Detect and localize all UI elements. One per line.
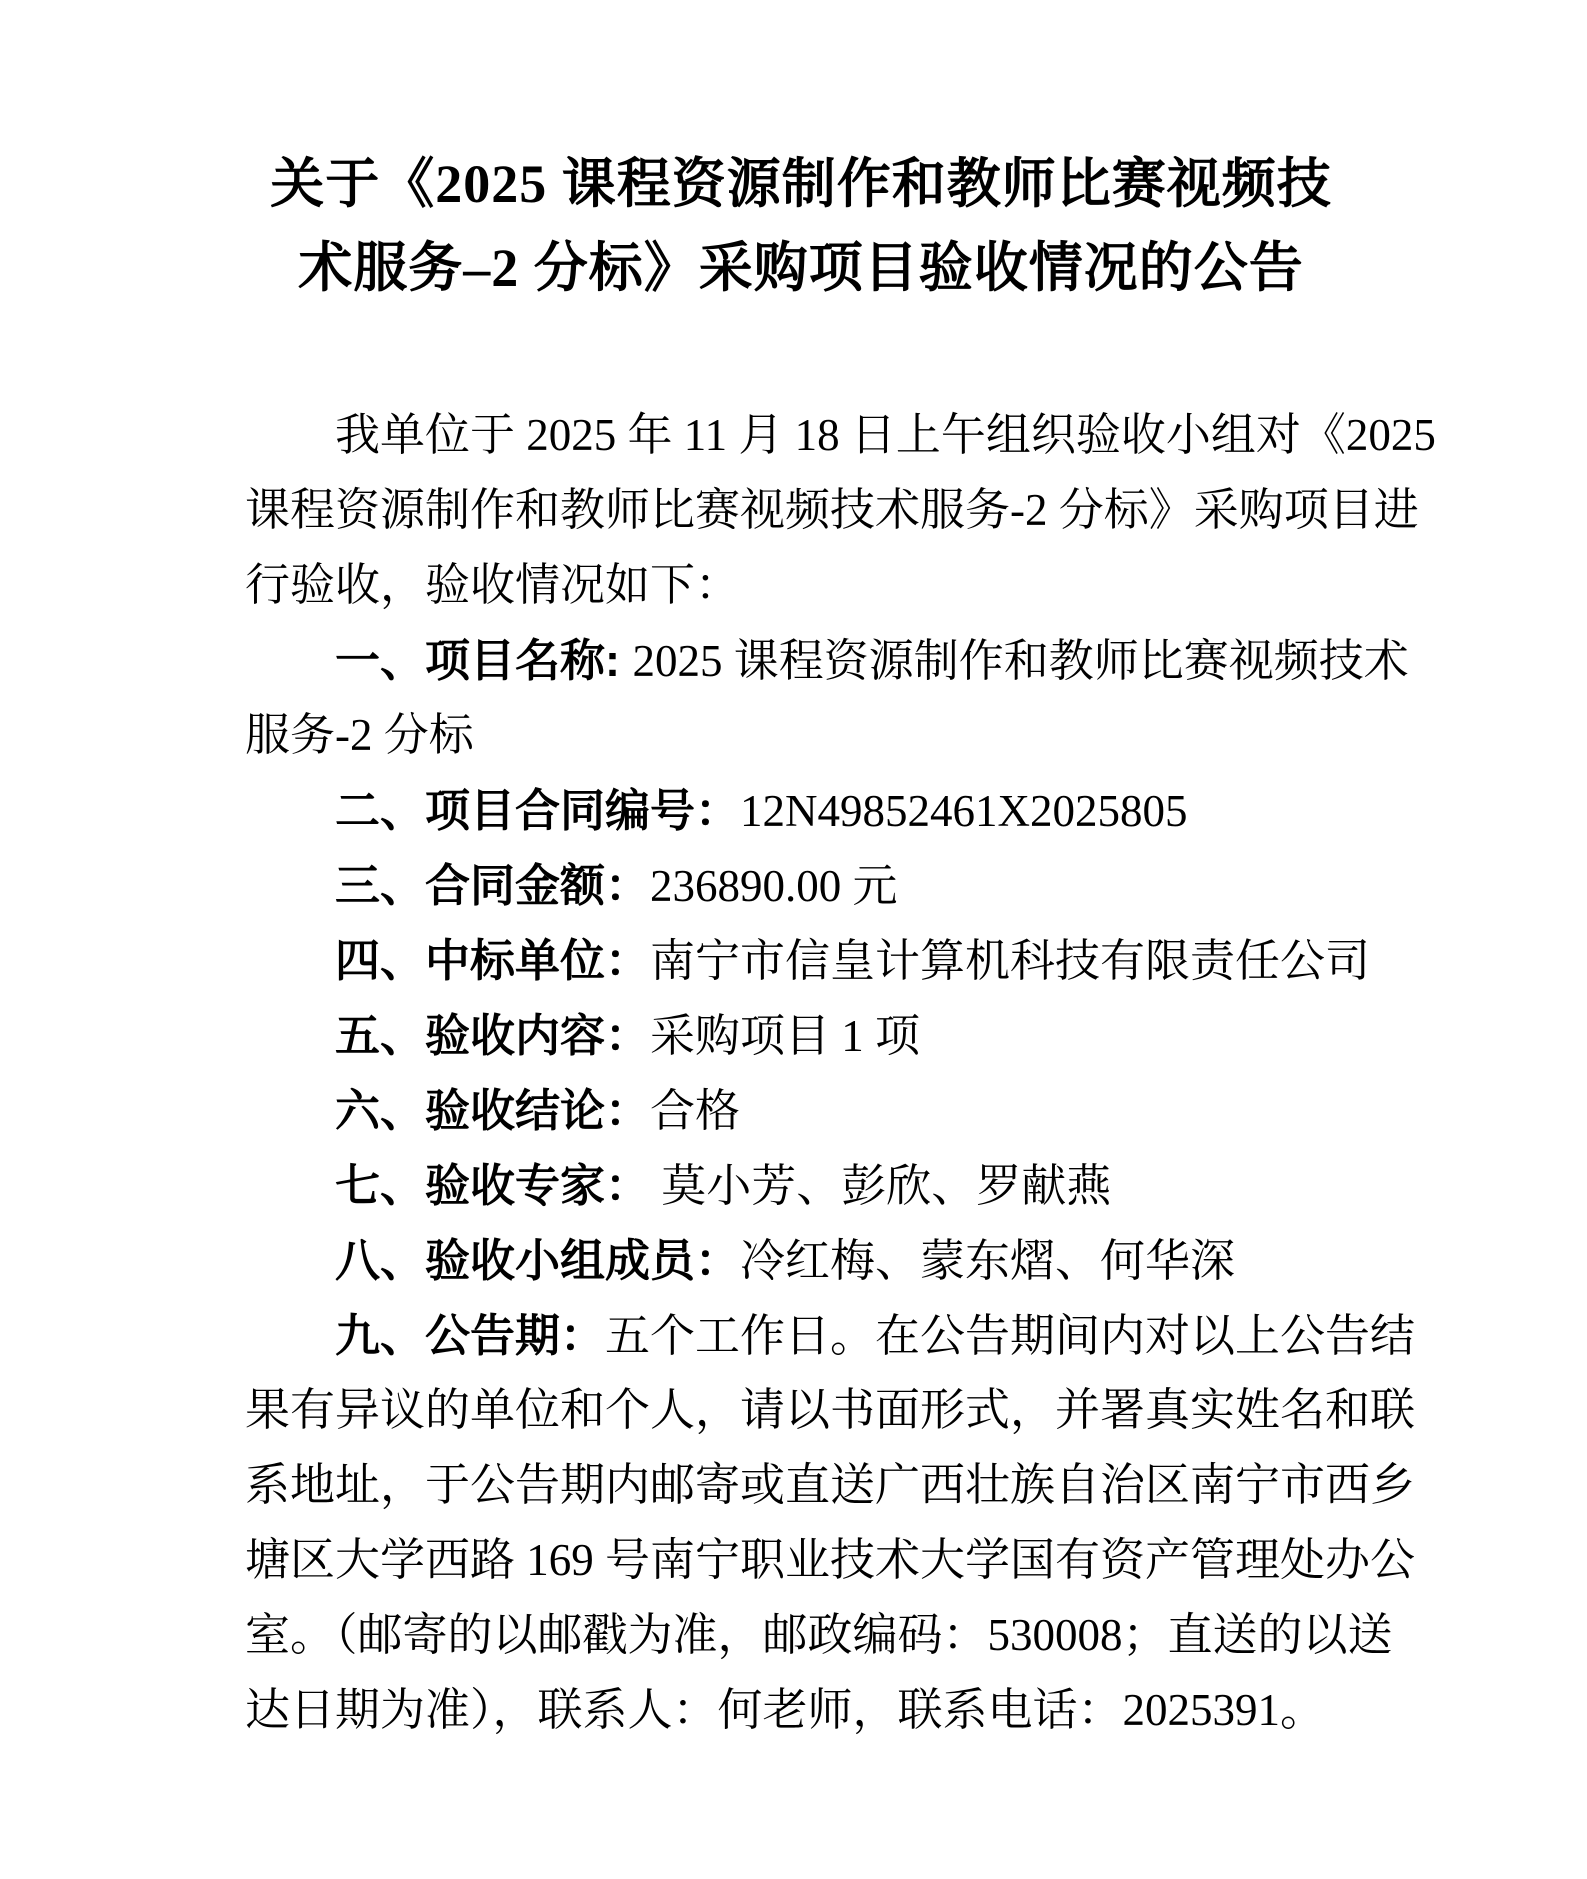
title-line: 术服务–2 分标》采购项目验收情况的公告 (245, 226, 1357, 310)
field-label: 六、验收结论： (335, 1085, 650, 1136)
text-segment: 达日期为准），联系人：何老师，联系电话：2025391。 (245, 1685, 1325, 1735)
body-line: 三、合同金额：236890.00 元 (245, 848, 1357, 923)
text-segment: 12N49852461X2025805 (740, 786, 1188, 836)
field-label: 八、验收小组成员： (335, 1235, 740, 1286)
body-line: 一、项目名称: 2025 课程资源制作和教师比赛视频技术 (245, 623, 1357, 698)
body-line: 果有异议的单位和个人，请以书面形式，并署真实姓名和联 (245, 1373, 1357, 1448)
text-segment: 课程资源制作和教师比赛视频技术服务-2 分标》采购项目进 (245, 485, 1419, 535)
field-label: 四、中标单位： (335, 935, 650, 986)
text-segment: 南宁市信皇计算机科技有限责任公司 (650, 936, 1370, 986)
text-segment: 室。（邮寄的以邮戳为准，邮政编码：530008；直送的以送 (245, 1610, 1393, 1660)
body-line: 七、验收专家： 莫小芳、彭欣、罗献燕 (245, 1148, 1357, 1223)
field-label: 七、验收专家： (335, 1160, 650, 1211)
document-body: 我单位于 2025 年 11 月 18 日上午组织验收小组对《2025课程资源制… (245, 398, 1357, 1748)
body-line: 八、验收小组成员：冷红梅、蒙东熠、何华深 (245, 1223, 1357, 1298)
body-line: 二、项目合同编号：12N49852461X2025805 (245, 773, 1357, 848)
document-title: 关于《2025 课程资源制作和教师比赛视频技术服务–2 分标》采购项目验收情况的… (245, 0, 1357, 310)
field-label: 九、公告期： (335, 1310, 605, 1361)
text-segment: 2025 课程资源制作和教师比赛视频技术 (633, 636, 1409, 686)
text-segment: 系地址，于公告期内邮寄或直送广西壮族自治区南宁市西乡 (245, 1460, 1415, 1510)
body-line: 五、验收内容：采购项目 1 项 (245, 998, 1357, 1073)
text-segment: 冷红梅、蒙东熠、何华深 (740, 1236, 1235, 1286)
body-line: 课程资源制作和教师比赛视频技术服务-2 分标》采购项目进 (245, 473, 1357, 548)
text-segment: 采购项目 1 项 (650, 1011, 920, 1061)
text-segment: 合格 (650, 1086, 740, 1136)
text-segment: 236890.00 元 (650, 861, 898, 911)
body-line: 六、验收结论：合格 (245, 1073, 1357, 1148)
body-line: 塘区大学西路 169 号南宁职业技术大学国有资产管理处办公 (245, 1523, 1357, 1598)
body-line: 四、中标单位：南宁市信皇计算机科技有限责任公司 (245, 923, 1357, 998)
body-line: 我单位于 2025 年 11 月 18 日上午组织验收小组对《2025 (245, 398, 1357, 473)
text-segment: 果有异议的单位和个人，请以书面形式，并署真实姓名和联 (245, 1385, 1415, 1435)
document-content: 关于《2025 课程资源制作和教师比赛视频技术服务–2 分标》采购项目验收情况的… (245, 0, 1357, 1748)
text-segment: 五个工作日。在公告期间内对以上公告结 (605, 1311, 1415, 1361)
text-segment: 莫小芳、彭欣、罗献燕 (650, 1161, 1111, 1211)
text-segment: 我单位于 2025 年 11 月 18 日上午组织验收小组对《2025 (335, 410, 1436, 460)
field-label: 二、项目合同编号： (335, 785, 740, 836)
document-page: 关于《2025 课程资源制作和教师比赛视频技术服务–2 分标》采购项目验收情况的… (0, 0, 1587, 1879)
body-line: 服务-2 分标 (245, 698, 1357, 773)
text-segment: 服务-2 分标 (245, 710, 474, 760)
title-line: 关于《2025 课程资源制作和教师比赛视频技 (245, 142, 1357, 226)
body-line: 九、公告期：五个工作日。在公告期间内对以上公告结 (245, 1298, 1357, 1373)
body-line: 系地址，于公告期内邮寄或直送广西壮族自治区南宁市西乡 (245, 1448, 1357, 1523)
field-label: 一、项目名称: (335, 635, 633, 686)
text-segment: 行验收，验收情况如下： (245, 560, 740, 610)
field-label: 三、合同金额： (335, 860, 650, 911)
body-line: 室。（邮寄的以邮戳为准，邮政编码：530008；直送的以送 (245, 1598, 1357, 1673)
body-line: 行验收，验收情况如下： (245, 548, 1357, 623)
body-line: 达日期为准），联系人：何老师，联系电话：2025391。 (245, 1673, 1357, 1748)
field-label: 五、验收内容： (335, 1010, 650, 1061)
text-segment: 塘区大学西路 169 号南宁职业技术大学国有资产管理处办公 (245, 1535, 1415, 1585)
